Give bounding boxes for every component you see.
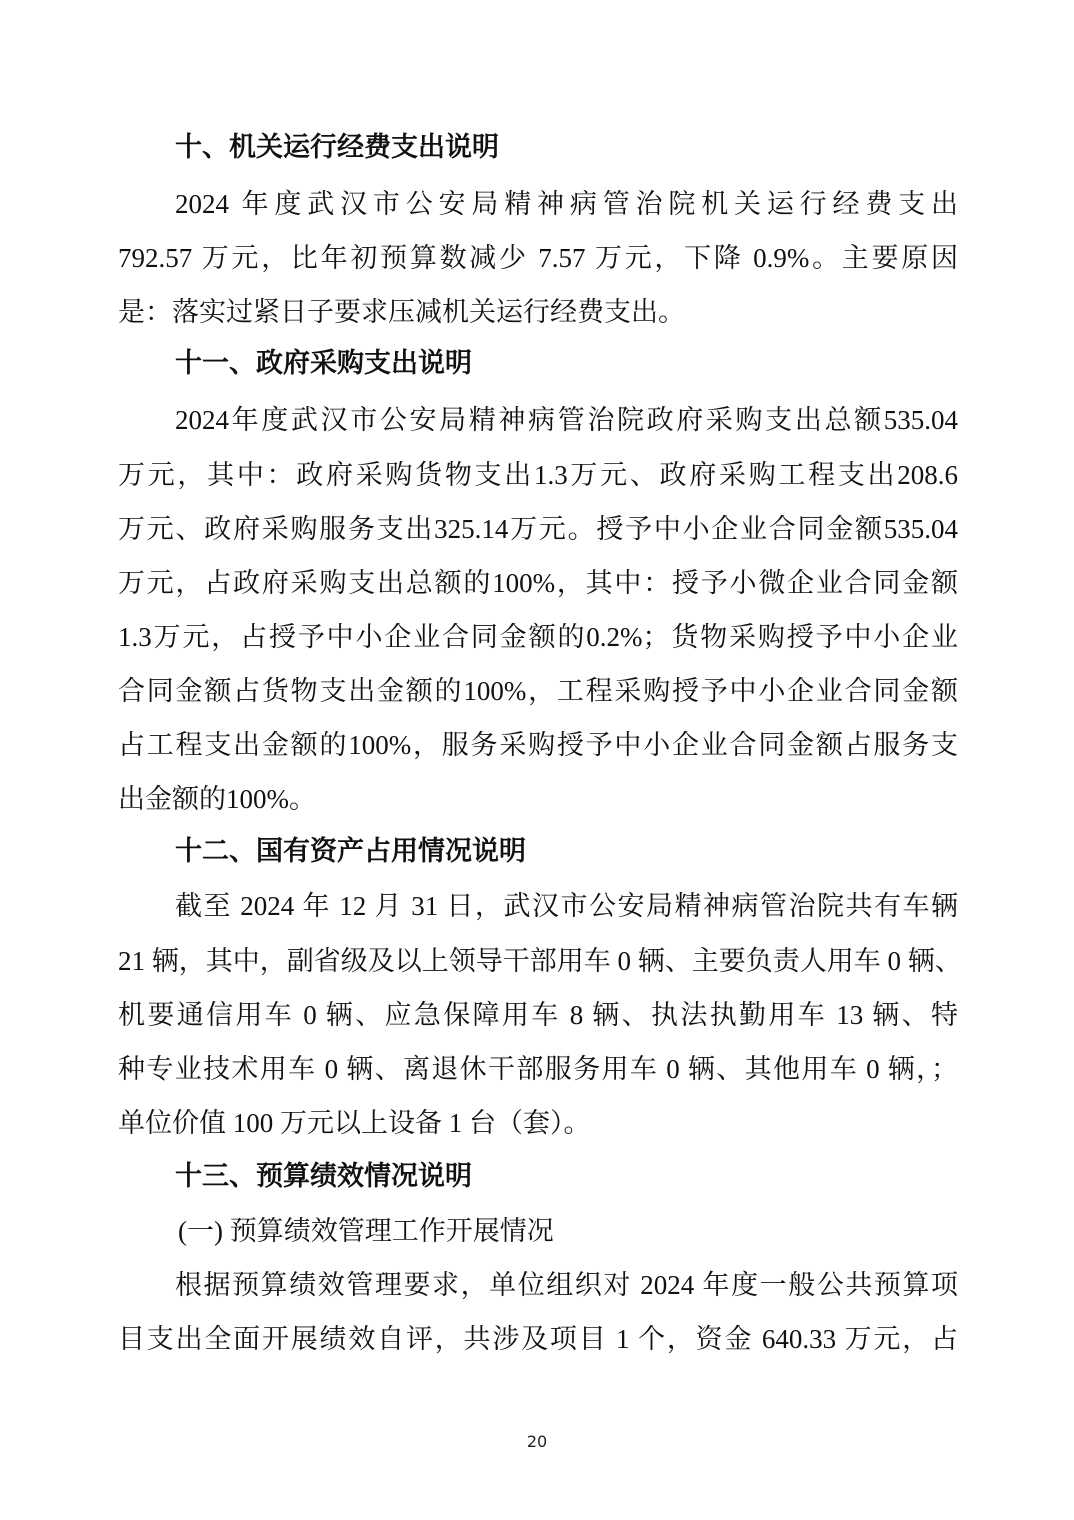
paragraph-line: 792.57 万元，比年初预算数减少 7.57 万元，下降 0.9%。主要原因 bbox=[118, 238, 958, 278]
paragraph-line: 种专业技术用车 0 辆、离退休干部服务用车 0 辆、其他用车 0 辆，； bbox=[118, 1049, 958, 1089]
section-heading-11: 十一、政府采购支出说明 bbox=[175, 344, 472, 384]
section-heading-13: 十三、预算绩效情况说明 bbox=[175, 1157, 472, 1197]
paragraph-line: 占工程支出金额的100%，服务采购授予中小企业合同金额占服务支 bbox=[118, 725, 958, 765]
paragraph-line: 万元，占政府采购支出总额的100%，其中：授予小微企业合同金额 bbox=[118, 563, 958, 603]
paragraph-line: 是：落实过紧日子要求压减机关运行经费支出。 bbox=[118, 292, 958, 332]
section-heading-12: 十二、国有资产占用情况说明 bbox=[175, 832, 526, 872]
document-page: 十、机关运行经费支出说明 2024 年度武汉市公安局精神病管治院机关运行经费支出… bbox=[0, 0, 1074, 1520]
paragraph-line: 合同金额占货物支出金额的100%，工程采购授予中小企业合同金额 bbox=[118, 671, 958, 711]
paragraph-line: 万元、政府采购服务支出325.14万元。授予中小企业合同金额535.04 bbox=[118, 509, 958, 549]
paragraph-line: 21 辆，其中，副省级及以上领导干部用车 0 辆、主要负责人用车 0 辆、 bbox=[118, 941, 958, 981]
paragraph-line: 1.3万元，占授予中小企业合同金额的0.2%；货物采购授予中小企业 bbox=[118, 617, 958, 657]
paragraph-line: 万元，其中：政府采购货物支出1.3万元、政府采购工程支出208.6 bbox=[118, 455, 958, 495]
paragraph-line: 2024年度武汉市公安局精神病管治院政府采购支出总额535.04 bbox=[175, 400, 958, 440]
subsection-heading: (一) 预算绩效管理工作开展情况 bbox=[178, 1211, 554, 1251]
paragraph-line: 机要通信用车 0 辆、应急保障用车 8 辆、执法执勤用车 13 辆、特 bbox=[118, 995, 958, 1035]
page-number: 20 bbox=[0, 1432, 1074, 1451]
paragraph-line: 目支出全面开展绩效自评，共涉及项目 1 个，资金 640.33 万元，占 bbox=[118, 1319, 958, 1359]
paragraph-line: 出金额的100%。 bbox=[118, 779, 958, 819]
paragraph-line: 根据预算绩效管理要求，单位组织对 2024 年度一般公共预算项 bbox=[175, 1265, 958, 1305]
paragraph-line: 截至 2024 年 12 月 31 日，武汉市公安局精神病管治院共有车辆 bbox=[175, 886, 958, 926]
paragraph-line: 2024 年度武汉市公安局精神病管治院机关运行经费支出 bbox=[175, 184, 958, 224]
paragraph-line: 单位价值 100 万元以上设备 1 台（套）。 bbox=[118, 1103, 958, 1143]
section-heading-10: 十、机关运行经费支出说明 bbox=[175, 128, 499, 168]
